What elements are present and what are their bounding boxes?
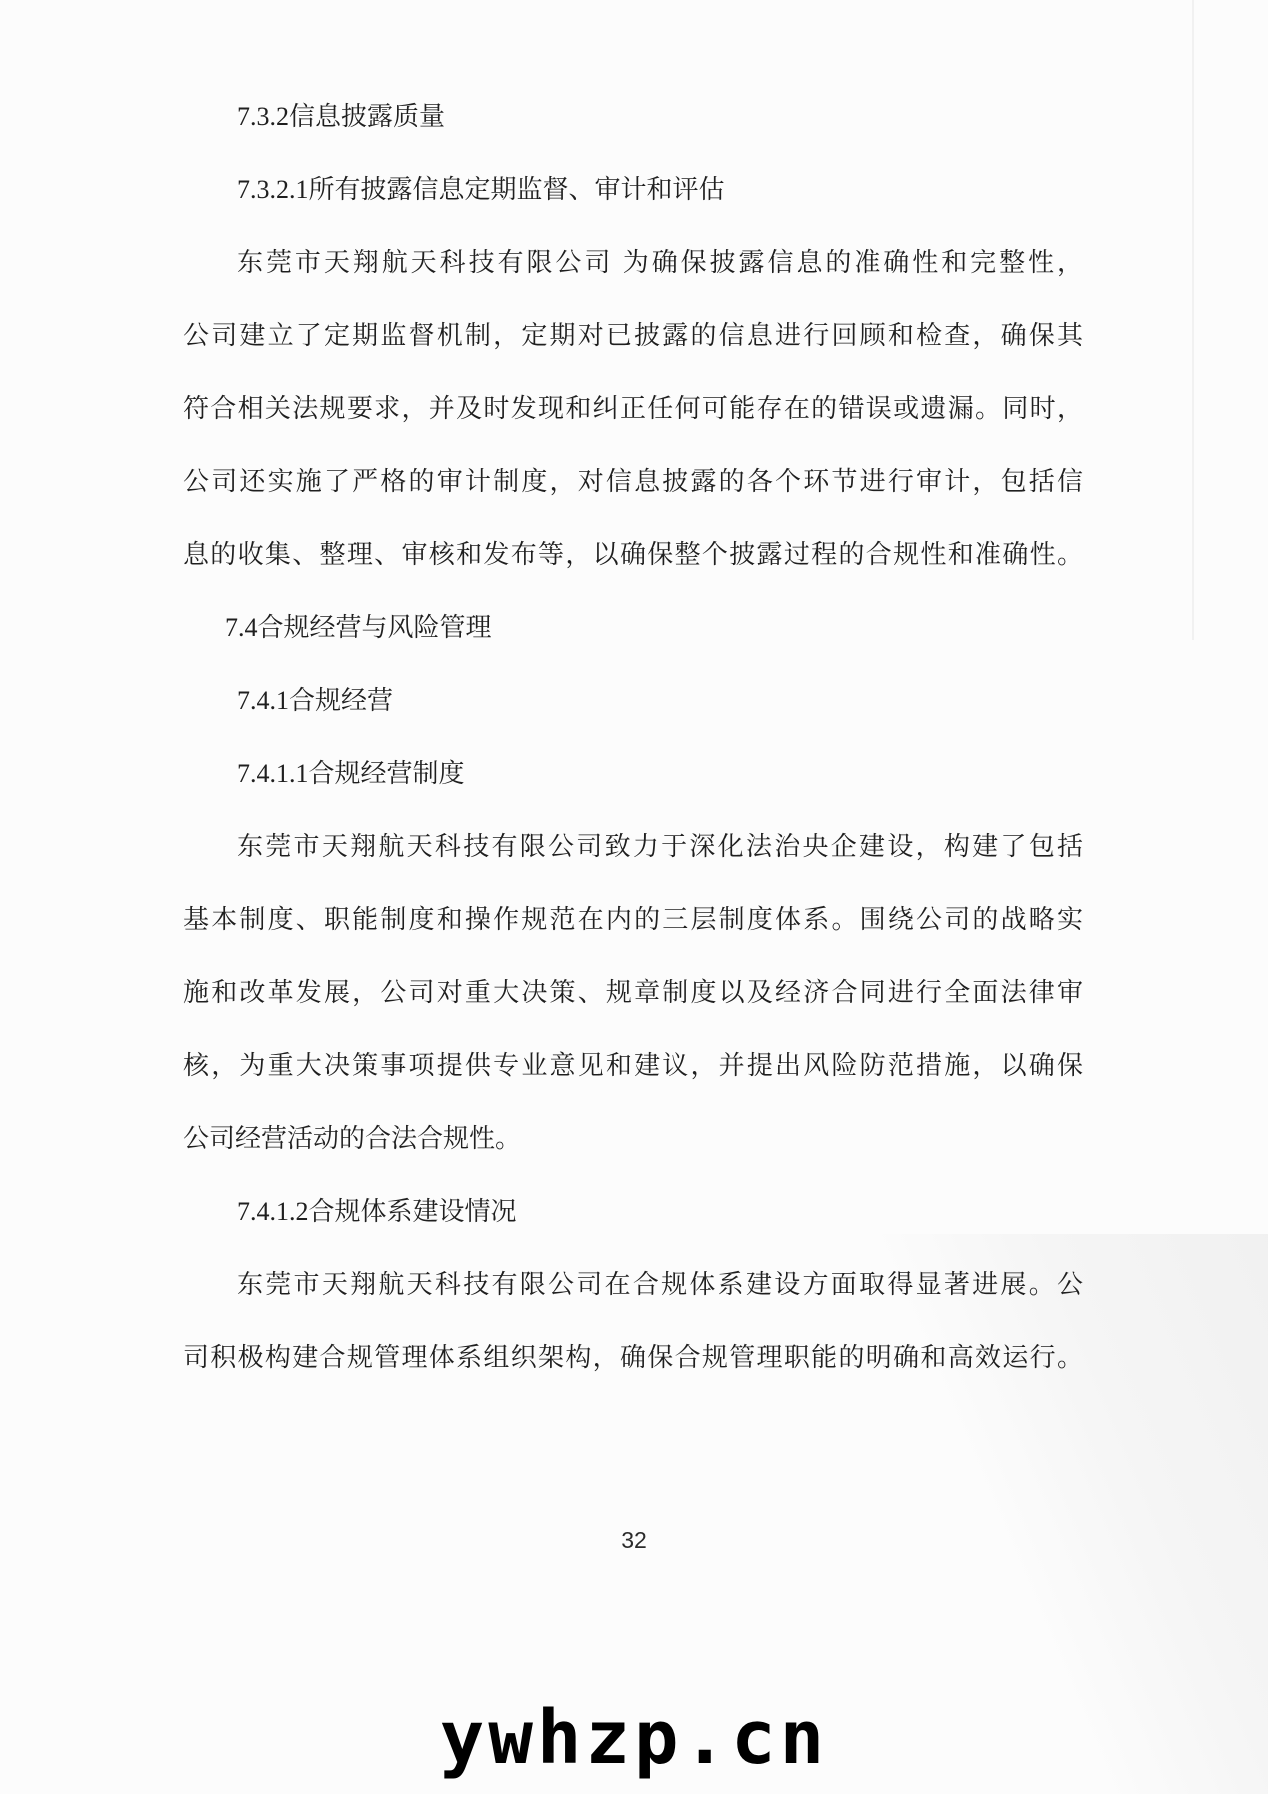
paragraph-line: 东莞市天翔航天科技有限公司致力于深化法治央企建设，构建了包括 xyxy=(183,810,1083,883)
watermark: ywhzp.cn xyxy=(0,1692,1268,1784)
paragraph-line: 东莞市天翔航天科技有限公司 为确保披露信息的准确性和完整性， xyxy=(183,226,1083,299)
heading-7-4-1: 7.4.1合规经营 xyxy=(183,664,1083,737)
paragraph-line: 公司还实施了严格的审计制度，对信息披露的各个环节进行审计，包括信 xyxy=(183,445,1083,518)
page-number: 32 xyxy=(0,1520,1268,1560)
paragraph-line: 公司经营活动的合法合规性。 xyxy=(183,1102,1083,1175)
heading-7-4-1-1: 7.4.1.1合规经营制度 xyxy=(183,737,1083,810)
heading-7-4: 7.4合规经营与风险管理 xyxy=(183,591,1083,664)
paragraph-line: 符合相关法规要求，并及时发现和纠正任何可能存在的错误或遗漏。同时， xyxy=(183,372,1083,445)
document-page: { "document": { "rows": [ "7.3.2信息披露质量",… xyxy=(0,0,1268,1794)
paragraph-line: 公司建立了定期监督机制，定期对已披露的信息进行回顾和检查，确保其 xyxy=(183,299,1083,372)
paragraph-line: 息的收集、整理、审核和发布等，以确保整个披露过程的合规性和准确性。 xyxy=(183,518,1083,591)
paragraph-line: 核，为重大决策事项提供专业意见和建议，并提出风险防范措施，以确保 xyxy=(183,1029,1083,1102)
paragraph-line: 司积极构建合规管理体系组织架构，确保合规管理职能的明确和高效运行。 xyxy=(183,1321,1083,1394)
paragraph-line: 基本制度、职能制度和操作规范在内的三层制度体系。围绕公司的战略实 xyxy=(183,883,1083,956)
paragraph-line: 施和改革发展，公司对重大决策、规章制度以及经济合同进行全面法律审 xyxy=(183,956,1083,1029)
heading-7-3-2: 7.3.2信息披露质量 xyxy=(183,80,1083,153)
paragraph-line: 东莞市天翔航天科技有限公司在合规体系建设方面取得显著进展。公 xyxy=(183,1248,1083,1321)
document-body: 7.3.2信息披露质量 7.3.2.1所有披露信息定期监督、审计和评估 东莞市天… xyxy=(183,80,1083,1394)
page-edge-artifact xyxy=(1192,0,1194,640)
heading-7-3-2-1: 7.3.2.1所有披露信息定期监督、审计和评估 xyxy=(183,153,1083,226)
heading-7-4-1-2: 7.4.1.2合规体系建设情况 xyxy=(183,1175,1083,1248)
